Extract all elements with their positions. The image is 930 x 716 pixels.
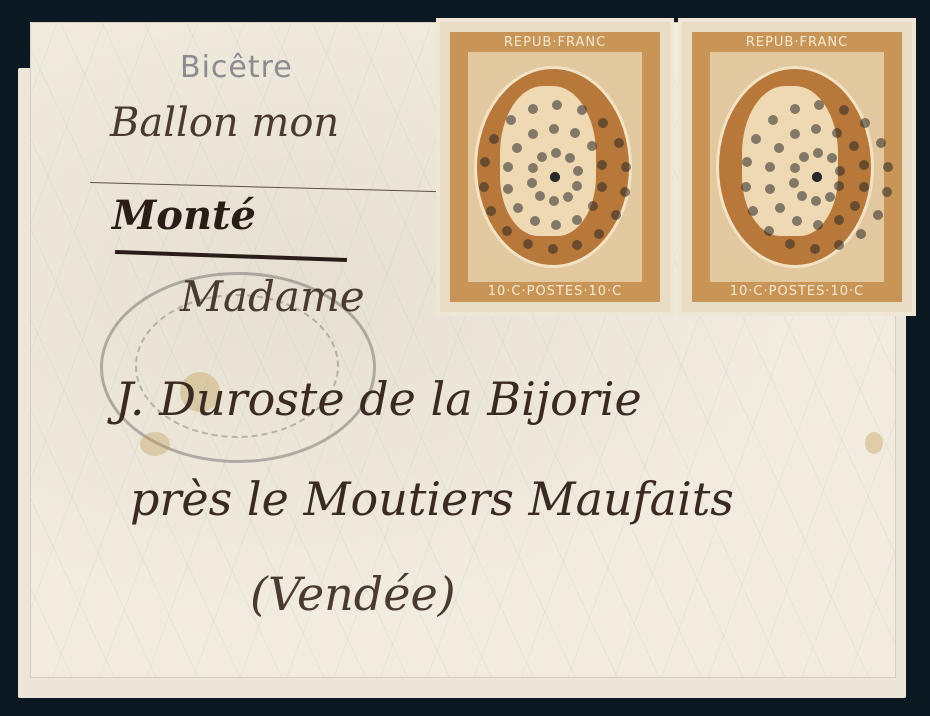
cancellation-dot <box>765 184 775 194</box>
stamp-ceres-10c-left: REPUB·FRANC 10·C·POSTES·10·C <box>440 22 670 312</box>
cancellation-dot <box>577 105 587 115</box>
cancellation-dot <box>528 163 538 173</box>
cancellation-dot <box>876 138 886 148</box>
cancellation-dot <box>549 124 559 134</box>
cancellation-dot <box>502 226 512 236</box>
cancellation-dot <box>523 239 533 249</box>
monte-line: Monté <box>112 192 256 239</box>
cancellation-dot <box>528 104 538 114</box>
cancellation-dot <box>572 215 582 225</box>
cancellation-dot <box>614 138 624 148</box>
cancellation-dot <box>548 244 558 254</box>
cancellation-dot <box>751 134 761 144</box>
ballon-monte-line: Ballon mon <box>110 100 339 146</box>
cancellation-dot <box>811 124 821 134</box>
cancellation-dot <box>527 178 537 188</box>
cancellation-dot <box>789 178 799 188</box>
cancellation-dot <box>535 191 545 201</box>
pencil-note: Bicêtre <box>180 50 293 85</box>
cancellation-dot <box>764 226 774 236</box>
cancellation-dot <box>597 182 607 192</box>
cancellation-dot <box>859 160 869 170</box>
cancellation-dot <box>741 182 751 192</box>
salutation: Madame <box>180 272 365 321</box>
address-name: J. Duroste de la Bijorie <box>115 372 642 426</box>
cancellation-dot <box>811 196 821 206</box>
stamp-bottom-text: 10·C·POSTES·10·C <box>682 284 912 299</box>
cancellation-dot <box>489 134 499 144</box>
address-region: (Vendée) <box>250 567 456 621</box>
envelope-front: Bicêtre Ballon mon Monté Madame J. Duros… <box>30 22 896 678</box>
postal-cover: Bicêtre Ballon mon Monté Madame J. Duros… <box>22 22 908 700</box>
cancellation-dot <box>513 203 523 213</box>
cancellation-dot <box>839 105 849 115</box>
cancellation-dot <box>551 220 561 230</box>
cancellation-dot <box>859 182 869 192</box>
cancellation-dot <box>768 115 778 125</box>
cancellation-dot <box>799 152 809 162</box>
cancellation-dot <box>790 104 800 114</box>
cancellation-dot <box>512 143 522 153</box>
monte-underline <box>115 250 347 262</box>
cancellation-dot <box>506 115 516 125</box>
stamp-top-text: REPUB·FRANC <box>682 35 912 50</box>
cancellation-dot <box>597 160 607 170</box>
cancellation-dot <box>810 244 820 254</box>
address-town: près le Moutiers Maufaits <box>130 472 734 526</box>
cancellation-dot <box>775 203 785 213</box>
stamp-top-text: REPUB·FRANC <box>440 35 670 50</box>
foxing-stain <box>865 432 883 454</box>
cancellation-dot <box>790 163 800 173</box>
cancellation-dot <box>549 196 559 206</box>
cancellation-dot <box>742 157 752 167</box>
cancellation-dot <box>785 239 795 249</box>
stamp-ceres-10c-right: REPUB·FRANC 10·C·POSTES·10·C <box>682 22 912 312</box>
cancellation-dot <box>537 152 547 162</box>
cancellation-dot <box>480 157 490 167</box>
cancellation-dot <box>503 184 513 194</box>
cancellation-dot <box>792 216 802 226</box>
cancellation-dot <box>550 172 560 182</box>
stamp-bottom-text: 10·C·POSTES·10·C <box>440 284 670 299</box>
cancellation-dot <box>834 215 844 225</box>
cancellation-dot <box>797 191 807 201</box>
foxing-stain <box>140 432 170 456</box>
cancellation-dot <box>813 220 823 230</box>
cancellation-dot <box>812 172 822 182</box>
cancellation-dot <box>530 216 540 226</box>
cancellation-dot <box>774 143 784 153</box>
cancellation-dot <box>479 182 489 192</box>
